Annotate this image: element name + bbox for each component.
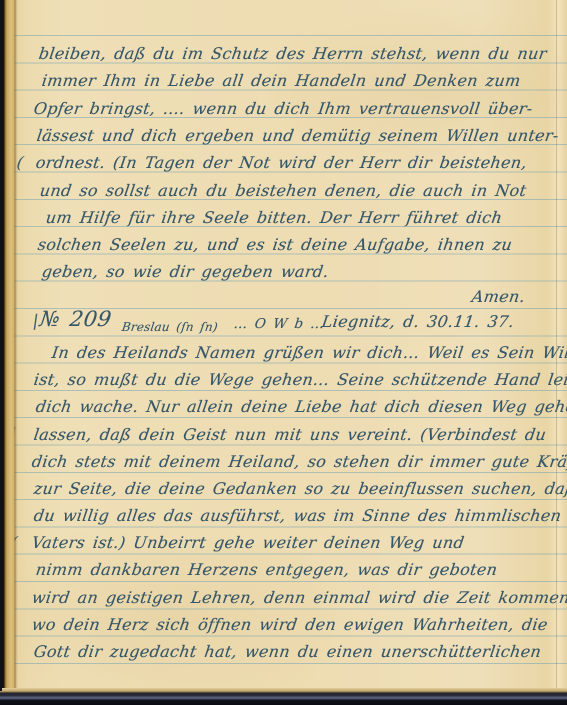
handwriting-line: nimm dankbaren Herzens entgegen, was dir… [34,557,499,583]
handwriting-line: du willig alles das ausführst, was im Si… [32,503,563,529]
handwriting-line: dich wache. Nur allein deine Liebe hat d… [34,394,567,420]
handwriting-line: Opfer bringst, .... wenn du dich Ihm ver… [32,96,534,122]
handwriting-line: wird an geistigen Lehren, denn einmal wi… [30,585,567,611]
entry-dots: … O W b … [232,311,326,337]
handwriting-line: immer Ihm in Liebe all dein Handeln und … [40,68,522,94]
handwriting-line: dich stets mit deinem Heiland, so stehen… [30,449,567,475]
handwriting-line: Vaters ist.) Unbeirrt gehe weiter deinen… [30,530,466,556]
binding-edge [2,0,18,691]
handwriting-line: lässest und dich ergeben und demütig sei… [35,123,560,149]
handwriting-line: zur Seite, die deine Gedanken so zu beei… [32,476,567,502]
entry-place-date: Liegnitz, d. 30.11. 37. [320,309,516,335]
handwriting-line: Gott dir zugedacht hat, wenn du einen un… [32,639,543,665]
handwriting-line: ordnest. (In Tagen der Not wird der Herr… [34,150,529,176]
closing-amen: Amen. [470,284,527,310]
scan-backdrop [0,691,567,705]
handwriting-line: wo dein Herz sich öffnen wird den ewigen… [30,612,549,638]
handwriting-line: geben, so wie dir gegeben ward. [40,259,330,285]
handwriting-line: um Hilfe für ihre Seele bitten. Der Herr… [44,205,504,231]
handwriting-line: und so sollst auch du beistehen denen, d… [38,178,528,204]
scanned-manuscript-screenshot: bleiben, daß du im Schutz des Herrn steh… [0,0,567,705]
handwriting-line: In des Heilands Namen grüßen wir dich… W… [50,340,567,366]
notebook-page: bleiben, daß du im Schutz des Herrn steh… [2,0,567,691]
handwriting-line: bleiben, daß du im Schutz des Herrn steh… [37,41,548,67]
entry-annotation: Breslau (ſn ſn) [120,314,220,340]
page-fold-line [556,0,557,691]
handwriting-line: ist, so mußt du die Wege gehen… Seine sc… [32,367,567,393]
handwriting-line: lassen, daß dein Geist nun mit uns verei… [32,422,548,448]
handwriting-line: solchen Seelen zu, und es ist deine Aufg… [36,232,514,258]
entry-number: № 209 [38,306,113,332]
